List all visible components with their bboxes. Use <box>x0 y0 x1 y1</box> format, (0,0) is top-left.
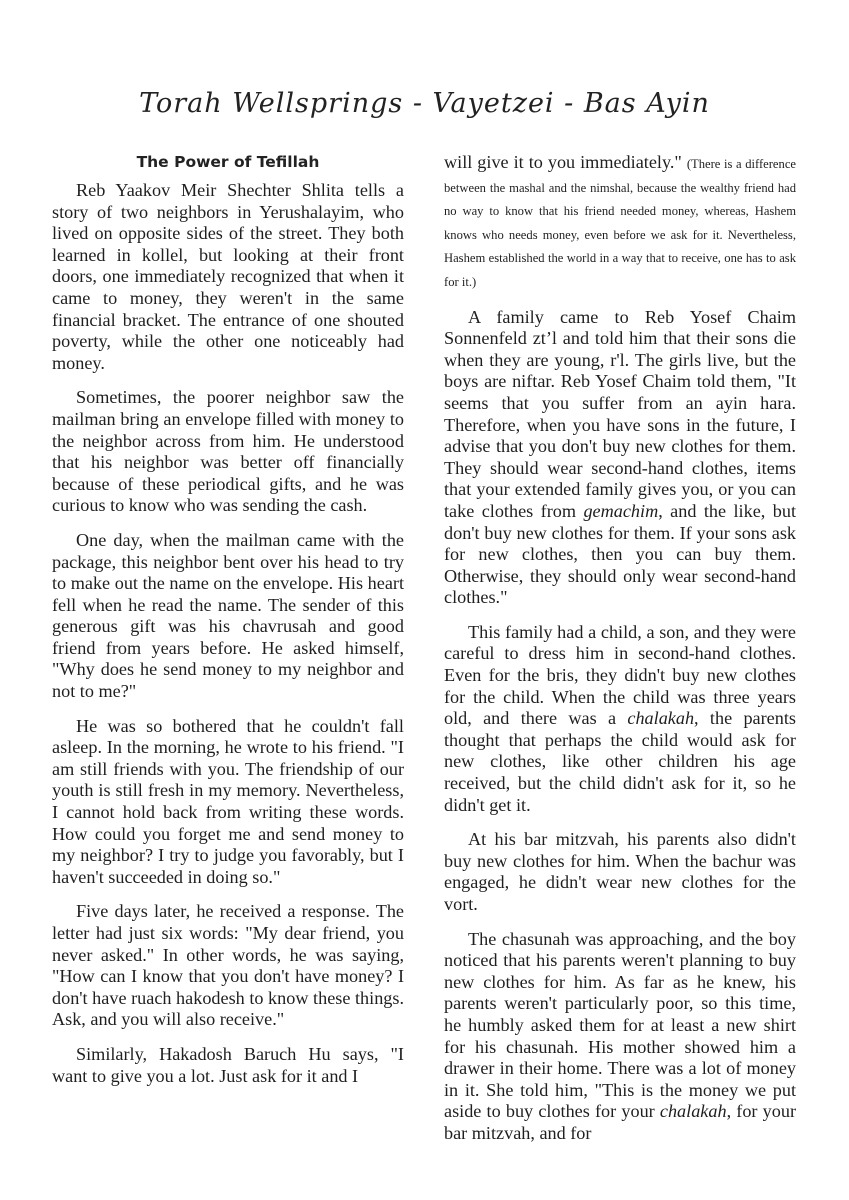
paragraph: Reb Yaakov Meir Shechter Shlita tells a … <box>52 180 404 374</box>
continued-paragraph: will give it to you immediately." (There… <box>444 152 796 294</box>
paragraph-text: will give it to you immediately." <box>444 152 682 172</box>
italic-term: chalakah <box>627 708 694 728</box>
paragraph: A family came to Reb Yosef Chaim Sonnenf… <box>444 307 796 609</box>
italic-term: chalakah <box>660 1101 727 1121</box>
right-column: will give it to you immediately." (There… <box>444 152 796 1158</box>
page-title: Torah Wellsprings - Vayetzei - Bas Ayin <box>0 88 849 119</box>
paragraph: One day, when the mailman came with the … <box>52 530 404 703</box>
paragraph: Five days later, he received a response.… <box>52 901 404 1031</box>
paragraph: Sometimes, the poorer neighbor saw the m… <box>52 387 404 517</box>
section-heading: The Power of Tefillah <box>52 152 404 172</box>
paragraph: The chasunah was approaching, and the bo… <box>444 929 796 1145</box>
italic-term: gemachim <box>583 501 658 521</box>
paragraph: This family had a child, a son, and they… <box>444 622 796 816</box>
paragraph-text: A family came to Reb Yosef Chaim Sonnenf… <box>444 307 796 521</box>
paragraph: He was so bothered that he couldn't fall… <box>52 716 404 889</box>
paragraph: At his bar mitzvah, his parents also did… <box>444 829 796 915</box>
left-column: The Power of Tefillah Reb Yaakov Meir Sh… <box>52 152 404 1100</box>
paragraph: Similarly, Hakadosh Baruch Hu says, "I w… <box>52 1044 404 1087</box>
paragraph-text: The chasunah was approaching, and the bo… <box>444 929 796 1122</box>
parenthetical-note: (There is a difference between the masha… <box>444 157 796 289</box>
